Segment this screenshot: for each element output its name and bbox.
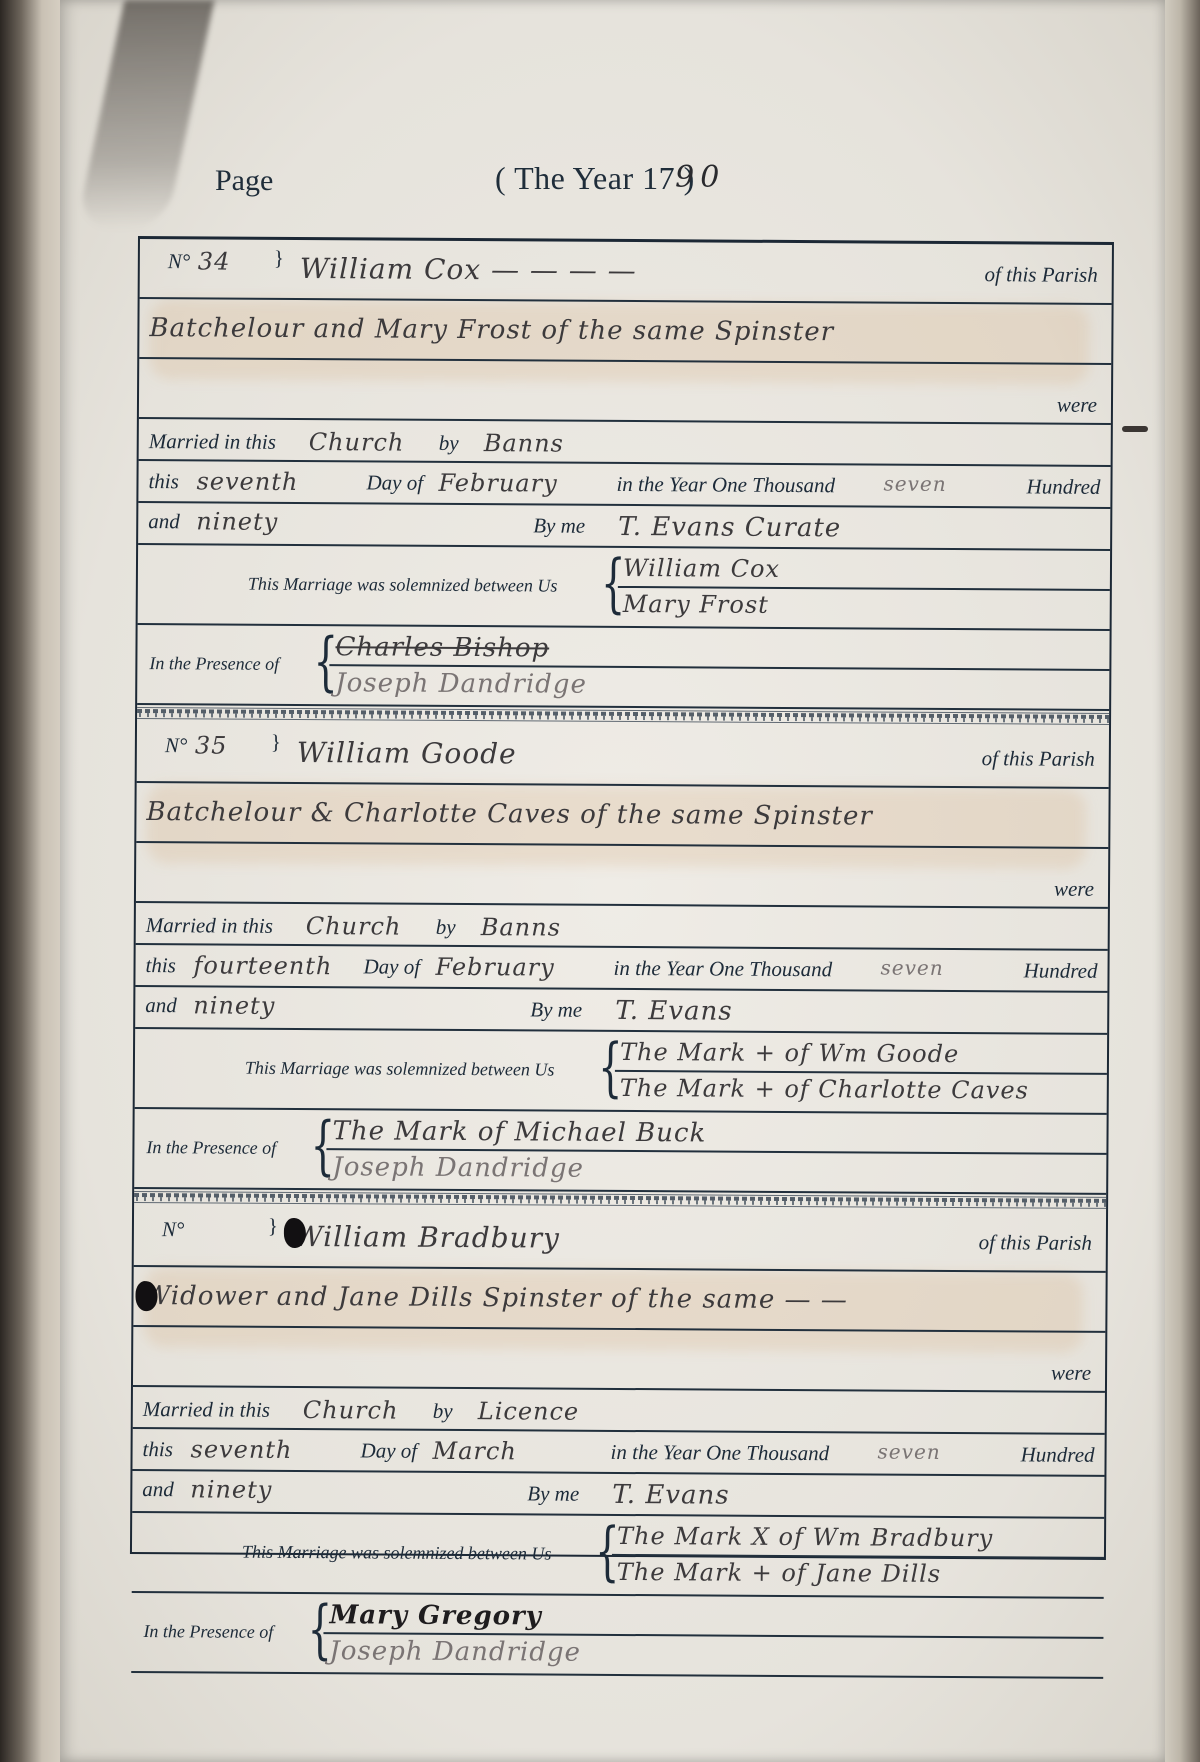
of-this-parish-label: of this Parish [985,262,1098,288]
signature-bride: Mary Frost [623,590,769,619]
officiant-line: and ninety By me T. Evans [132,1471,1104,1519]
century-word: seven [883,472,946,496]
couple-description: Batchelour and Mary Frost of the same Sp… [149,313,834,347]
book-right-edge [1160,0,1200,1762]
married-in-line: Married in this Church by Licence [133,1387,1105,1435]
date-line: this seventh Day of March in the Year On… [132,1429,1104,1477]
couple-line: Widower and Jane Dills Spinster of the s… [133,1267,1105,1333]
officiant-line: and ninety By me T. Evans Curate [138,503,1110,551]
century-word: seven [880,956,943,980]
witness-2: Joseph Dandridge [329,1636,581,1668]
day-of-month: seventh [196,467,298,496]
place-of-marriage: Church [303,1396,399,1425]
solemnized-line: This Marriage was solemnized between Us … [132,1513,1104,1599]
century-word: seven [878,1440,941,1464]
year-heading: ( The Year 1790 ) [495,160,695,197]
day-of-month: fourteenth [193,951,332,980]
entry-number-label: N° [165,733,188,758]
solemnized-line: This Marriage was solemnized between Us … [135,1029,1107,1115]
witness-2: Joseph Dandridge [332,1152,584,1184]
witness-1: Mary Gregory [329,1600,541,1631]
marriage-entry: N° 35 } William Goode of this Parish Bat… [134,723,1109,1195]
entry-number: 35 [195,731,228,759]
groom-name: William Goode [297,736,517,770]
married-in-line: Married in this Church by Banns [139,419,1111,467]
of-this-parish-label: of this Parish [979,1230,1092,1256]
ink-blot [284,1218,306,1248]
marriage-entry: N° } William Bradbury of this Parish Wid… [131,1207,1106,1679]
witness-1: Charles Bishop [335,632,549,663]
month: March [432,1437,516,1466]
witness-1: The Mark of Michael Buck [332,1116,706,1148]
married-in-line: Married in this Church by Banns [136,903,1108,951]
were-line: were [133,1327,1105,1393]
officiant-line: and ninety By me T. Evans [135,987,1107,1035]
officiant-name: T. Evans [612,1480,729,1511]
groom-line: N° } William Bradbury of this Parish [134,1207,1106,1273]
were-label: were [1051,1361,1091,1386]
solemnized-line: This Marriage was solemnized between Us … [138,545,1110,631]
witnesses-line: In the Presence of { Mary Gregory Joseph… [131,1593,1103,1679]
were-label: were [1054,877,1094,902]
place-of-marriage: Church [309,428,405,457]
of-this-parish-label: of this Parish [982,746,1095,772]
year-handwritten: 90 [675,160,725,195]
were-label: were [1057,393,1097,418]
signature-bride: The Mark + of Charlotte Caves [620,1074,1029,1104]
entry-number-label: N° [168,249,191,274]
decade-word: ninety [190,1475,272,1504]
date-line: this fourteenth Day of February in the Y… [135,945,1107,993]
decade-word: ninety [193,991,275,1020]
page-label: Page [215,164,273,198]
month: February [438,469,557,498]
page-header: Page ( The Year 1790 ) [60,160,1165,210]
ink-blot [135,1281,157,1311]
were-line: were [139,359,1111,425]
marriage-register-table: N° 34 } William Cox — — — — of this Pari… [130,236,1114,1560]
witnesses-line: In the Presence of { The Mark of Michael… [134,1109,1106,1195]
couple-description: Widower and Jane Dills Spinster of the s… [143,1281,847,1315]
entry-number: 34 [198,247,231,275]
entry-number-label: N° [162,1217,185,1242]
couple-line: Batchelour and Mary Frost of the same Sp… [139,299,1111,365]
couple-line: Batchelour & Charlotte Caves of the same… [136,783,1108,849]
signature-groom: The Mark + of Wm Goode [620,1038,959,1068]
groom-name: William Bradbury [294,1220,560,1255]
signature-groom: William Cox [623,554,780,583]
marriage-method: Licence [478,1397,580,1426]
witnesses-line: In the Presence of { Charles Bishop Jose… [137,625,1109,711]
officiant-name: T. Evans Curate [618,512,841,543]
place-of-marriage: Church [306,912,402,941]
witness-2: Joseph Dandridge [335,668,587,700]
date-line: this seventh Day of February in the Year… [138,461,1110,509]
marriage-method: Banns [481,913,561,941]
groom-name: William Cox — — — — [300,252,637,287]
groom-line: N° 34 } William Cox — — — — of this Pari… [140,239,1112,305]
month: February [435,953,554,982]
marriage-method: Banns [484,429,564,457]
margin-arrow-mark [1122,426,1148,432]
couple-description: Batchelour & Charlotte Caves of the same… [146,797,873,831]
signature-bride: The Mark + of Jane Dills [617,1558,941,1588]
decade-word: ninety [196,507,278,536]
officiant-name: T. Evans [615,996,732,1027]
day-of-month: seventh [191,1435,293,1464]
marriage-entry: N° 34 } William Cox — — — — of this Pari… [137,239,1112,711]
were-line: were [136,843,1108,909]
signature-groom: The Mark X of Wm Bradbury [617,1522,993,1552]
groom-line: N° 35 } William Goode of this Parish [137,723,1109,789]
